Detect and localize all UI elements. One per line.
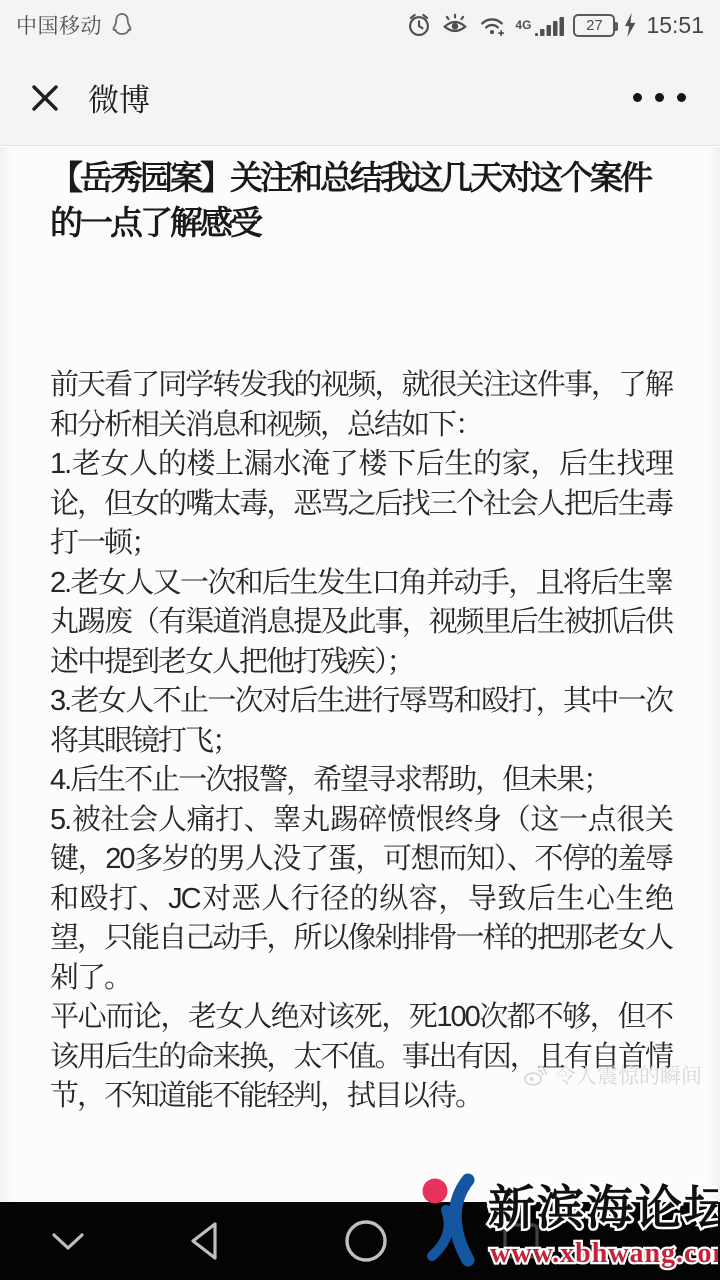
post-paragraph: 2.老女人又一次和后生发生口角并动手，且将后生睾丸踢废（有渠道消息提及此事，视频…	[50, 564, 672, 683]
weibo-watermark-text: 令人震惊的瞬间	[555, 1060, 702, 1090]
network-badge: 4G	[515, 18, 531, 32]
back-icon[interactable]	[187, 1220, 221, 1262]
status-left: 中国移动	[16, 10, 134, 40]
post-paragraph: 5.被社会人痛打、睾丸踢碎愤恨终身（这一点很关键，20多岁的男人没了蛋，可想而知…	[50, 801, 672, 999]
forum-watermark: 新滨海论坛 www.xbhwang.com	[412, 1160, 718, 1278]
qq-icon	[110, 12, 134, 38]
post-paragraph: 1.老女人的楼上漏水淹了楼下后生的家，后生找理论，但女的嘴太毒，恶骂之后找三个社…	[50, 445, 672, 564]
close-icon[interactable]	[28, 81, 62, 115]
post-paragraph: 平心而论，老女人绝对该死，死100次都不够，但不该用后生的命来换，太不值。事出有…	[50, 998, 672, 1117]
post-body: 前天看了同学转发我的视频，就很关注这件事，了解和分析相关消息和视频，总结如下：1…	[50, 366, 672, 1117]
wifi-icon	[478, 12, 506, 38]
home-icon[interactable]	[343, 1218, 389, 1264]
eye-comfort-icon	[441, 12, 469, 38]
forum-name: 新滨海论坛	[488, 1181, 718, 1234]
post-paragraph: 3.老女人不止一次对后生进行辱骂和殴打，其中一次将其眼镜打飞；	[50, 682, 672, 761]
more-dots-icon[interactable]	[627, 83, 692, 112]
post-paragraph: 4.后生不止一次报警，希望寻求帮助，但未果；	[50, 761, 672, 801]
post-paragraph: 前天看了同学转发我的视频，就很关注这件事，了解和分析相关消息和视频，总结如下：	[50, 366, 672, 445]
hide-navbar-chevron-icon[interactable]	[49, 1229, 87, 1253]
signal-icon: 4G	[515, 12, 564, 38]
status-right: 4G 27 15:51	[406, 12, 704, 39]
alarm-icon	[406, 12, 432, 38]
phone-screen: 中国移动	[0, 0, 720, 1280]
clock-label: 15:51	[646, 12, 704, 39]
carrier-label: 中国移动	[16, 10, 102, 40]
forum-url: www.xbhwang.com	[490, 1238, 718, 1269]
page-title: 微博	[88, 75, 150, 120]
post-title: 【岳秀园案】关注和总结我这几天对这个案件的一点了解感受	[50, 155, 672, 245]
forum-logo-icon	[423, 1179, 469, 1261]
charging-icon	[624, 13, 637, 37]
weibo-watermark: 令人震惊的瞬间	[523, 1060, 702, 1090]
post-content: 【岳秀园案】关注和总结我这几天对这个案件的一点了解感受 前天看了同学转发我的视频…	[0, 147, 720, 1202]
webview-header: 微博	[0, 50, 720, 145]
status-bar: 中国移动	[0, 0, 720, 50]
battery-percent: 27	[586, 17, 603, 34]
top-chrome: 中国移动	[0, 0, 720, 146]
weibo-logo-icon	[523, 1063, 549, 1087]
battery-icon: 27	[573, 14, 615, 37]
